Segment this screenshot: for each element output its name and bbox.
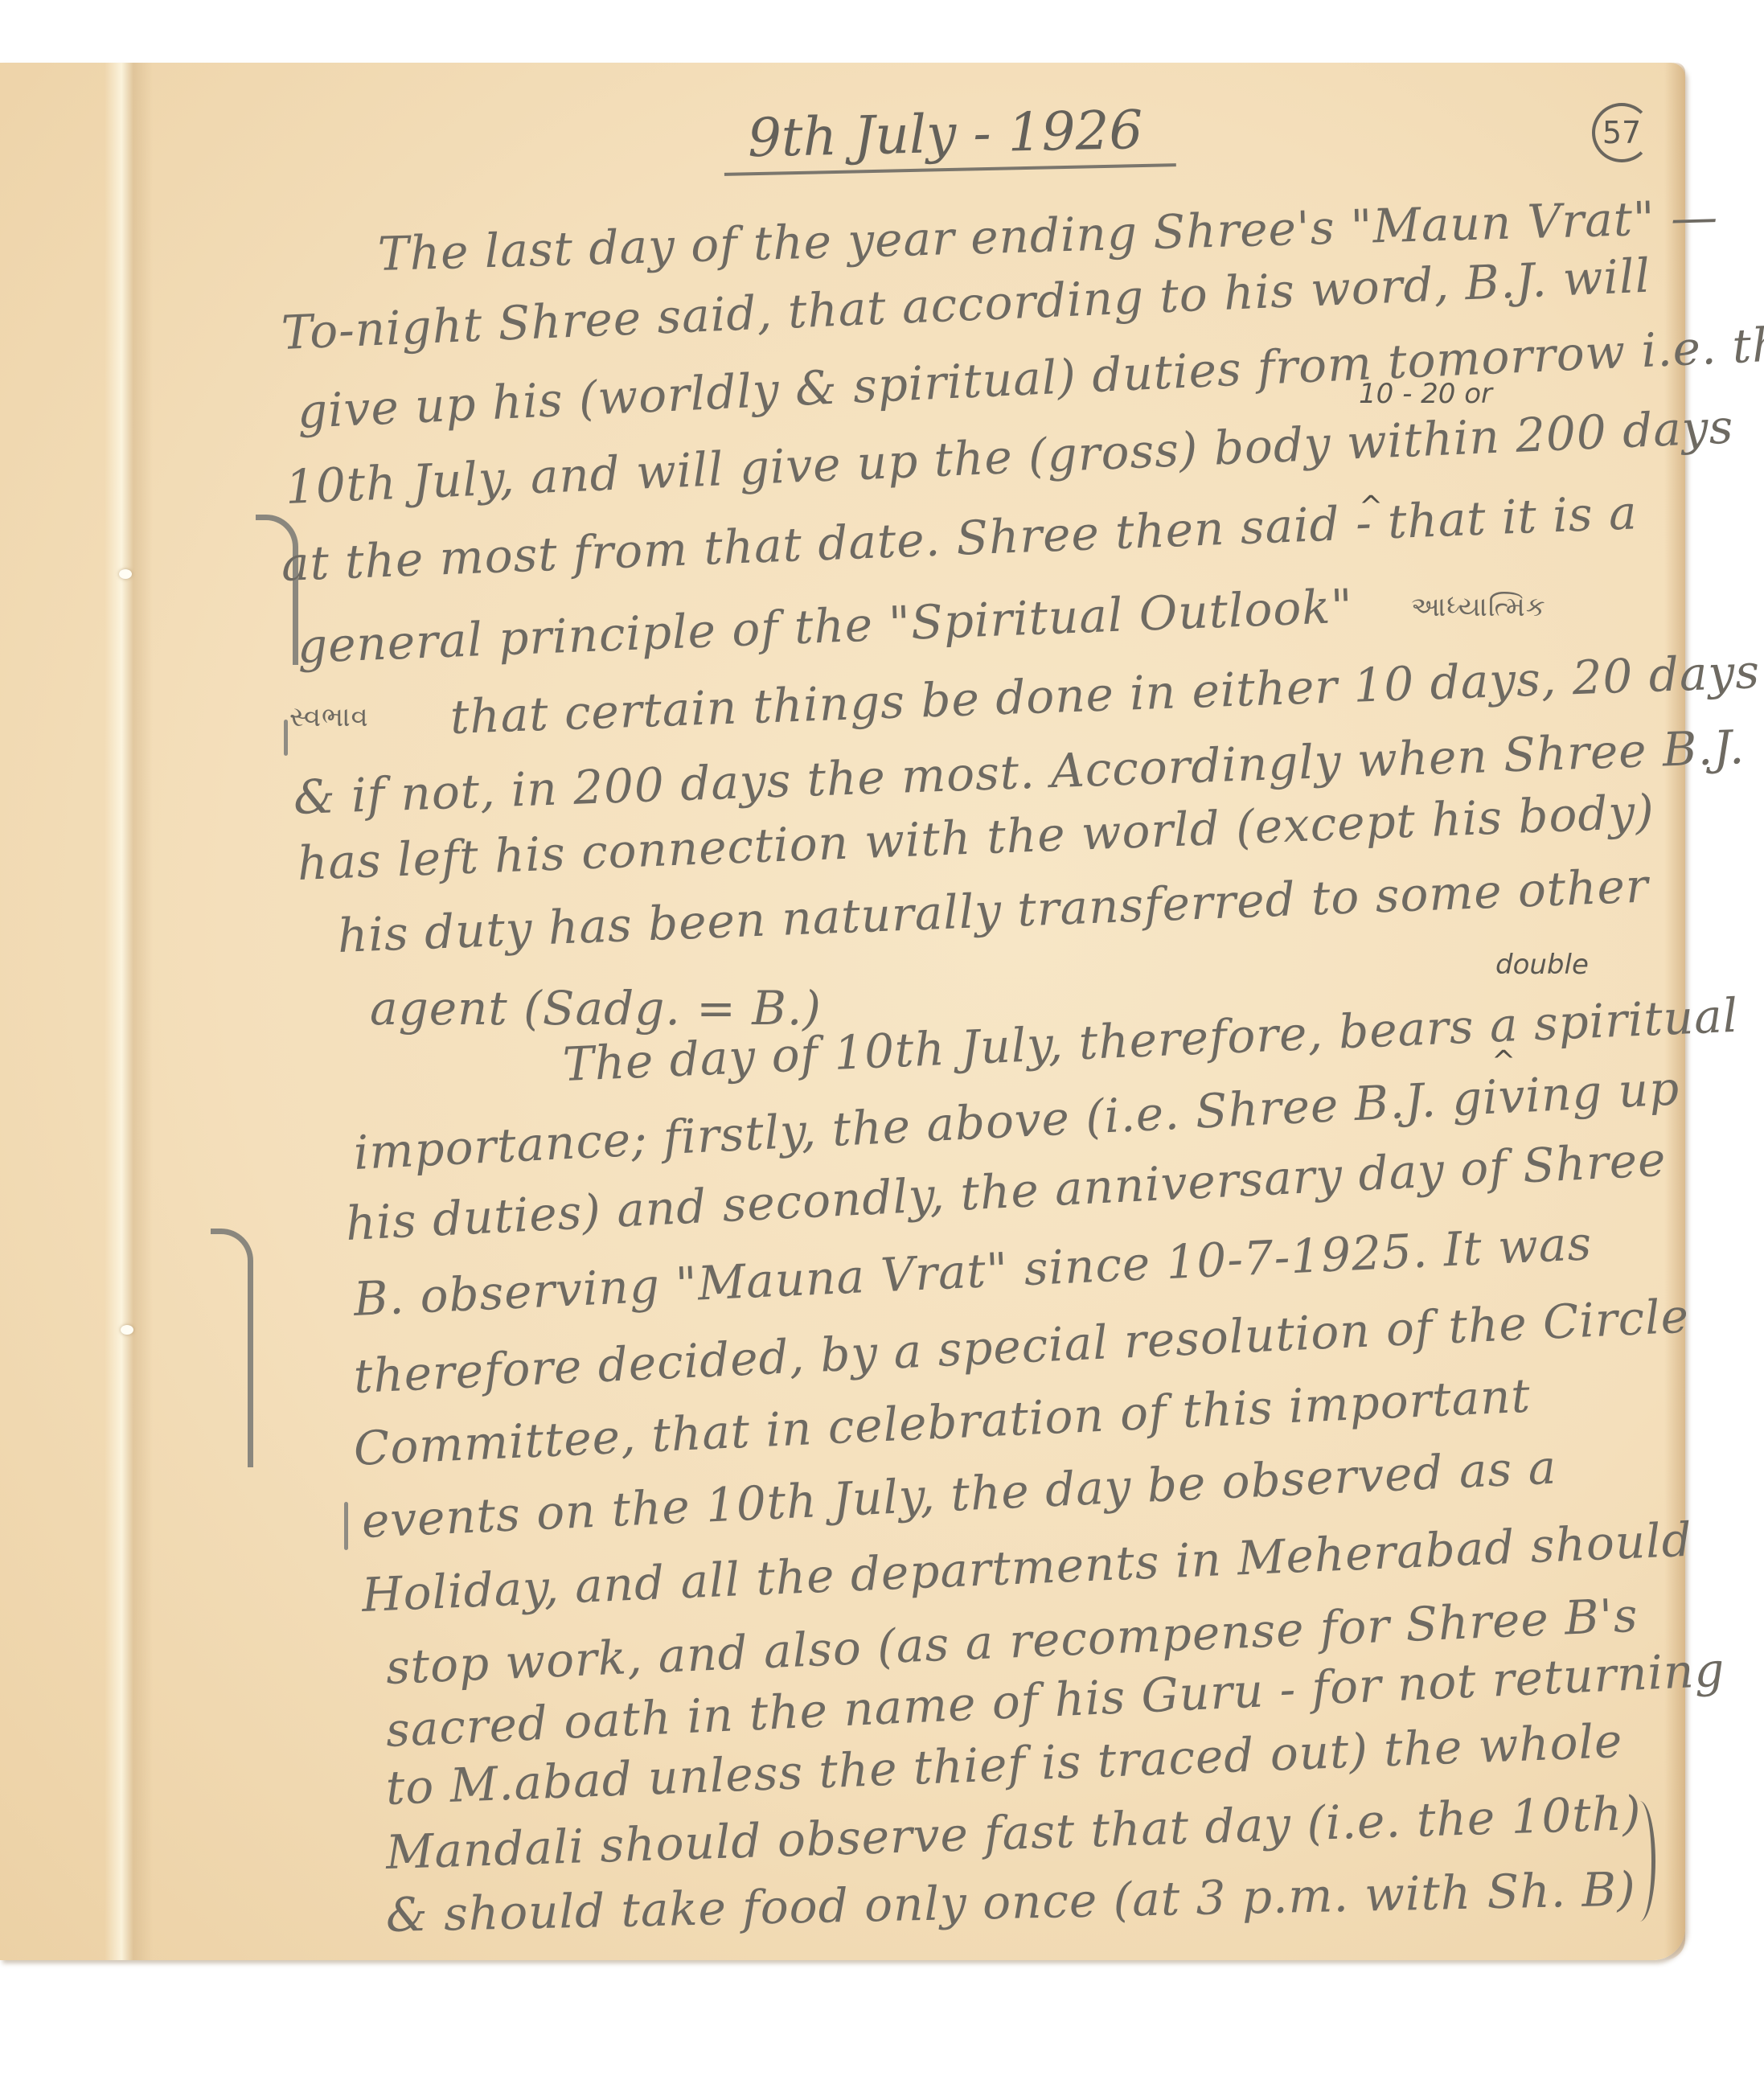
text-line: agent (Sadg. = B.) bbox=[370, 981, 822, 1036]
closing-parenthesis-mark bbox=[1624, 1801, 1655, 1922]
gujarati-annotation: સ્વભાવ bbox=[289, 701, 369, 733]
margin-tick-mark bbox=[284, 720, 288, 756]
annotation-above-spiritual: double bbox=[1495, 949, 1589, 981]
margin-tick-mark bbox=[344, 1502, 348, 1550]
date-heading: 9th July - 1926 bbox=[723, 98, 1175, 176]
stitch-hole bbox=[121, 1325, 133, 1335]
gujarati-annotation: આધ્યાત્મિક bbox=[1411, 591, 1546, 623]
stitch-hole bbox=[119, 569, 132, 579]
margin-bracket-mark bbox=[211, 1229, 253, 1467]
binding-crease bbox=[105, 63, 153, 1960]
annotation-above-within: 10 - 20 or bbox=[1359, 378, 1492, 410]
page-number: 57 bbox=[1592, 103, 1651, 162]
